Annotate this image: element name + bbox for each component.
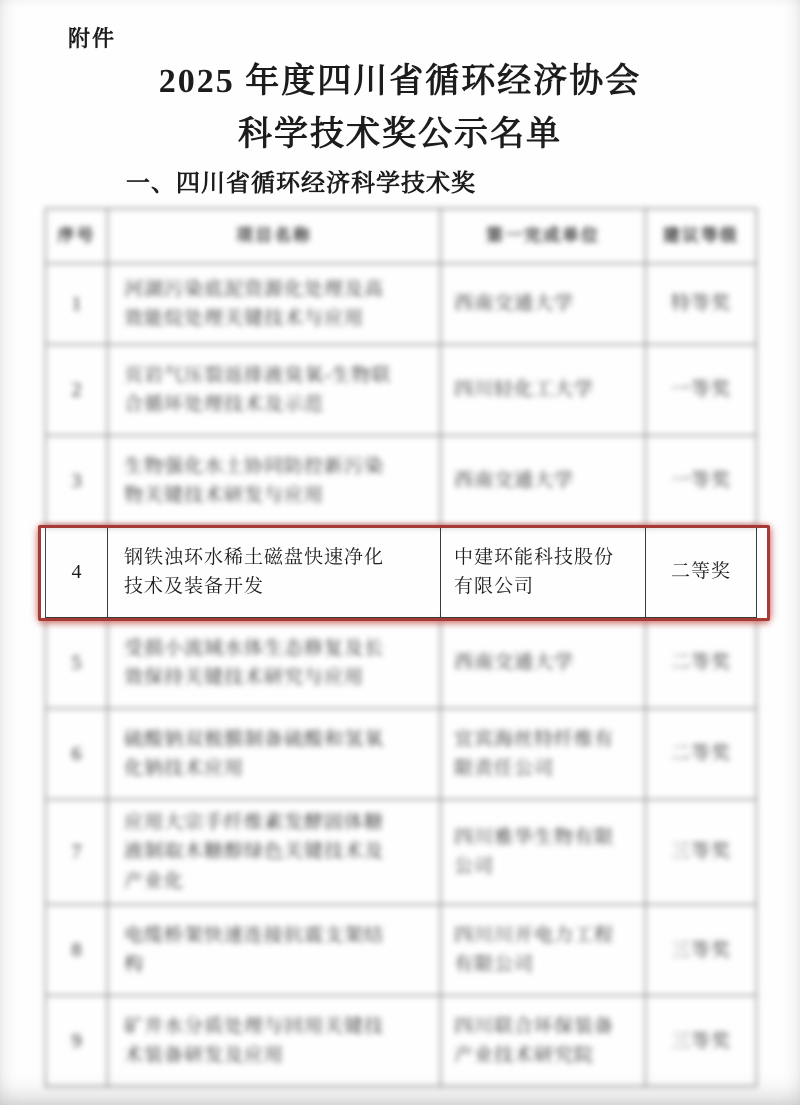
cell-unit: 西南交通大学 — [441, 264, 646, 345]
header-cell-unit: 第一完成单位 — [441, 208, 646, 264]
cell-project-name: 生物强化水土协同防控新污染物关键技术研发与应用 — [108, 436, 441, 527]
title-line-2: 科学技术奖公示名单 — [238, 116, 562, 153]
cell-grade: 三等奖 — [646, 905, 757, 996]
header-cell-serial: 序号 — [46, 208, 108, 264]
cell-project-name: 电缆桥架快速连接抗震支架结构 — [108, 905, 441, 996]
cell-project-name: 应用大宗手纤维素发酵固体糖液制取木糖醇绿色关键技术及产业化 — [108, 800, 441, 905]
table-row: 4 钢铁浊环水稀土磁盘快速净化技术及装备开发 中建环能科技股份有限公司 二等奖 — [45, 527, 757, 618]
table-header-row: 序号 项目名称 第一完成单位 建议等级 — [45, 208, 757, 264]
table-row: 5 受损小流域水体生态修复及长效保持关键技术研究与应用 西南交通大学 二等奖 — [45, 618, 757, 709]
cell-serial: 6 — [46, 709, 108, 800]
table-row: 2 页岩气压裂返排液臭氧-生物联合循环处理技术及示范 四川轻化工大学 一等奖 — [45, 345, 757, 436]
cell-serial: 1 — [46, 264, 108, 345]
cell-serial: 2 — [46, 345, 108, 436]
table-row: 7 应用大宗手纤维素发酵固体糖液制取木糖醇绿色关键技术及产业化 四川雅华生物有限… — [45, 800, 757, 905]
cell-unit: 四川联合环保装备产业技术研究院 — [441, 996, 646, 1087]
section-heading: 一、四川省循环经济科学技术奖 — [126, 163, 476, 198]
cell-project-name: 矿井水分质处理与回用关键技术装备研发及应用 — [108, 996, 441, 1087]
table-row: 6 硫酸钠双极膜制备硫酸和氢氧化钠技术应用 宜宾海丝特纤维有限责任公司 二等奖 — [45, 709, 757, 800]
table-row: 8 电缆桥架快速连接抗震支架结构 四川川开电力工程有限公司 三等奖 — [45, 905, 757, 996]
cell-serial: 4 — [46, 527, 108, 618]
cell-serial: 5 — [46, 618, 108, 709]
cell-unit: 西南交通大学 — [441, 436, 646, 527]
table-row: 9 矿井水分质处理与回用关键技术装备研发及应用 四川联合环保装备产业技术研究院 … — [45, 996, 757, 1087]
cell-grade: 三等奖 — [646, 800, 757, 905]
cell-project-name: 硫酸钠双极膜制备硫酸和氢氧化钠技术应用 — [108, 709, 441, 800]
table-body: 1 河湖污染底泥资源化处理及高效能烷处理关键技术与应用 西南交通大学 特等奖 2… — [45, 264, 757, 1087]
document-title: 2025 年度四川省循环经济协会 科学技术奖公示名单 — [0, 56, 800, 161]
cell-unit: 宜宾海丝特纤维有限责任公司 — [441, 709, 646, 800]
cell-grade: 一等奖 — [646, 436, 757, 527]
cell-grade: 特等奖 — [646, 264, 757, 345]
cell-serial: 3 — [46, 436, 108, 527]
cell-serial: 9 — [46, 996, 108, 1087]
cell-project-name: 受损小流域水体生态修复及长效保持关键技术研究与应用 — [108, 618, 441, 709]
cell-grade: 三等奖 — [646, 996, 757, 1087]
cell-unit: 四川川开电力工程有限公司 — [441, 905, 646, 996]
cell-project-name: 页岩气压裂返排液臭氧-生物联合循环处理技术及示范 — [108, 345, 441, 436]
table-row: 3 生物强化水土协同防控新污染物关键技术研发与应用 西南交通大学 一等奖 — [45, 436, 757, 527]
header-cell-grade: 建议等级 — [646, 208, 757, 264]
cell-grade: 二等奖 — [646, 527, 757, 618]
table-row: 1 河湖污染底泥资源化处理及高效能烷处理关键技术与应用 西南交通大学 特等奖 — [45, 264, 757, 345]
cell-unit: 中建环能科技股份有限公司 — [441, 527, 646, 618]
cell-serial: 8 — [46, 905, 108, 996]
cell-grade: 一等奖 — [646, 345, 757, 436]
cell-unit: 四川轻化工大学 — [441, 345, 646, 436]
cell-grade: 二等奖 — [646, 618, 757, 709]
cell-serial: 7 — [46, 800, 108, 905]
document-page: 附件 2025 年度四川省循环经济协会 科学技术奖公示名单 一、四川省循环经济科… — [0, 0, 800, 1105]
cell-grade: 二等奖 — [646, 709, 757, 800]
cell-project-name: 河湖污染底泥资源化处理及高效能烷处理关键技术与应用 — [108, 264, 441, 345]
header-cell-project: 项目名称 — [108, 208, 441, 264]
title-line-1: 2025 年度四川省循环经济协会 — [159, 63, 642, 100]
cell-unit: 西南交通大学 — [441, 618, 646, 709]
cell-project-name: 钢铁浊环水稀土磁盘快速净化技术及装备开发 — [108, 527, 441, 618]
attachment-label: 附件 — [68, 22, 116, 53]
cell-unit: 四川雅华生物有限公司 — [441, 800, 646, 905]
award-table: 序号 项目名称 第一完成单位 建议等级 1 河湖污染底泥资源化处理及高效能烷处理… — [45, 208, 757, 1087]
